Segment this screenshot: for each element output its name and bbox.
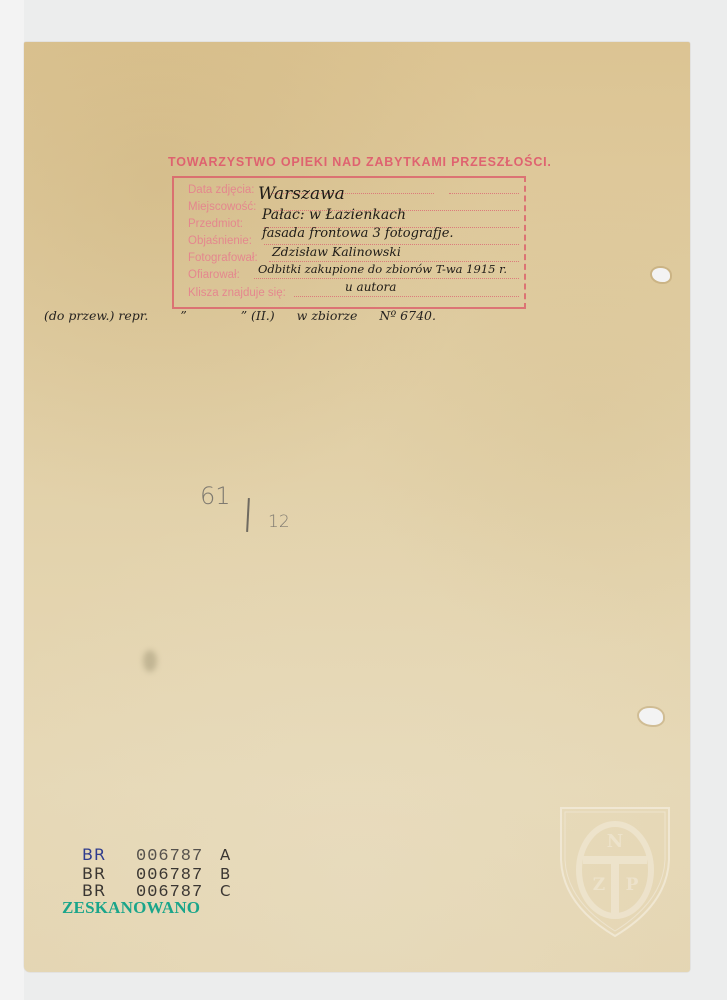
- reference-part: ”: [180, 308, 186, 323]
- stamp-label: Miejscowość:: [188, 201, 256, 213]
- reference-part: ” (II.): [241, 308, 275, 323]
- inventory-suffix: C: [220, 882, 231, 900]
- reference-number: Nº 6740.: [379, 308, 436, 323]
- handwritten-donor: Odbitki zakupione do zbiorów T-wa 1915 r…: [258, 262, 507, 276]
- scan-background-strip: [0, 0, 24, 1000]
- pencil-fraction: 12: [268, 512, 290, 532]
- stamp-label: Klisza znajduje się:: [188, 287, 286, 299]
- stamp-label: Przedmiot:: [188, 218, 243, 230]
- reference-part: w zbiorze: [297, 308, 358, 323]
- stain: [143, 650, 157, 672]
- scanned-stamp: ZESKANOWANO: [62, 898, 200, 918]
- stamp-label: Data zdjęcia:: [188, 184, 254, 196]
- svg-text:Z: Z: [593, 875, 605, 895]
- stamp-row-date: Data zdjęcia:: [174, 179, 524, 196]
- watermark-shield-icon: N Z P: [555, 800, 675, 940]
- handwritten-description: fasada frontowa 3 fotografje.: [262, 226, 454, 241]
- handwritten-subject: Pałac: w Łazienkach: [262, 207, 406, 223]
- inventory-suffix: A: [220, 846, 231, 864]
- reference-part: (do przew.) repr.: [44, 308, 148, 323]
- reference-note: (do przew.) repr. ” ” (II.) w zbiorze Nº…: [44, 308, 464, 323]
- punched-hole-upper: [652, 268, 670, 282]
- handwritten-place: Warszawa: [258, 184, 345, 204]
- stamp-label: Objaśnienie:: [188, 235, 252, 247]
- stamp-title: TOWARZYSTWO OPIEKI NAD ZABYTKAMI PRZESZŁ…: [168, 155, 538, 169]
- punched-hole-lower: [639, 708, 663, 725]
- stamp-label: Fotografował:: [188, 252, 258, 264]
- svg-text:P: P: [626, 875, 639, 895]
- handwritten-negative-location: u autora: [345, 280, 396, 294]
- inventory-prefix: BR: [82, 845, 136, 864]
- stamp-label: Ofiarował:: [188, 269, 240, 281]
- handwritten-photographer: Zdzisław Kalinowski: [272, 244, 401, 259]
- inventory-number-a: BR006787A: [82, 845, 231, 866]
- pencil-number: 61: [200, 482, 231, 510]
- svg-text:N: N: [607, 831, 623, 852]
